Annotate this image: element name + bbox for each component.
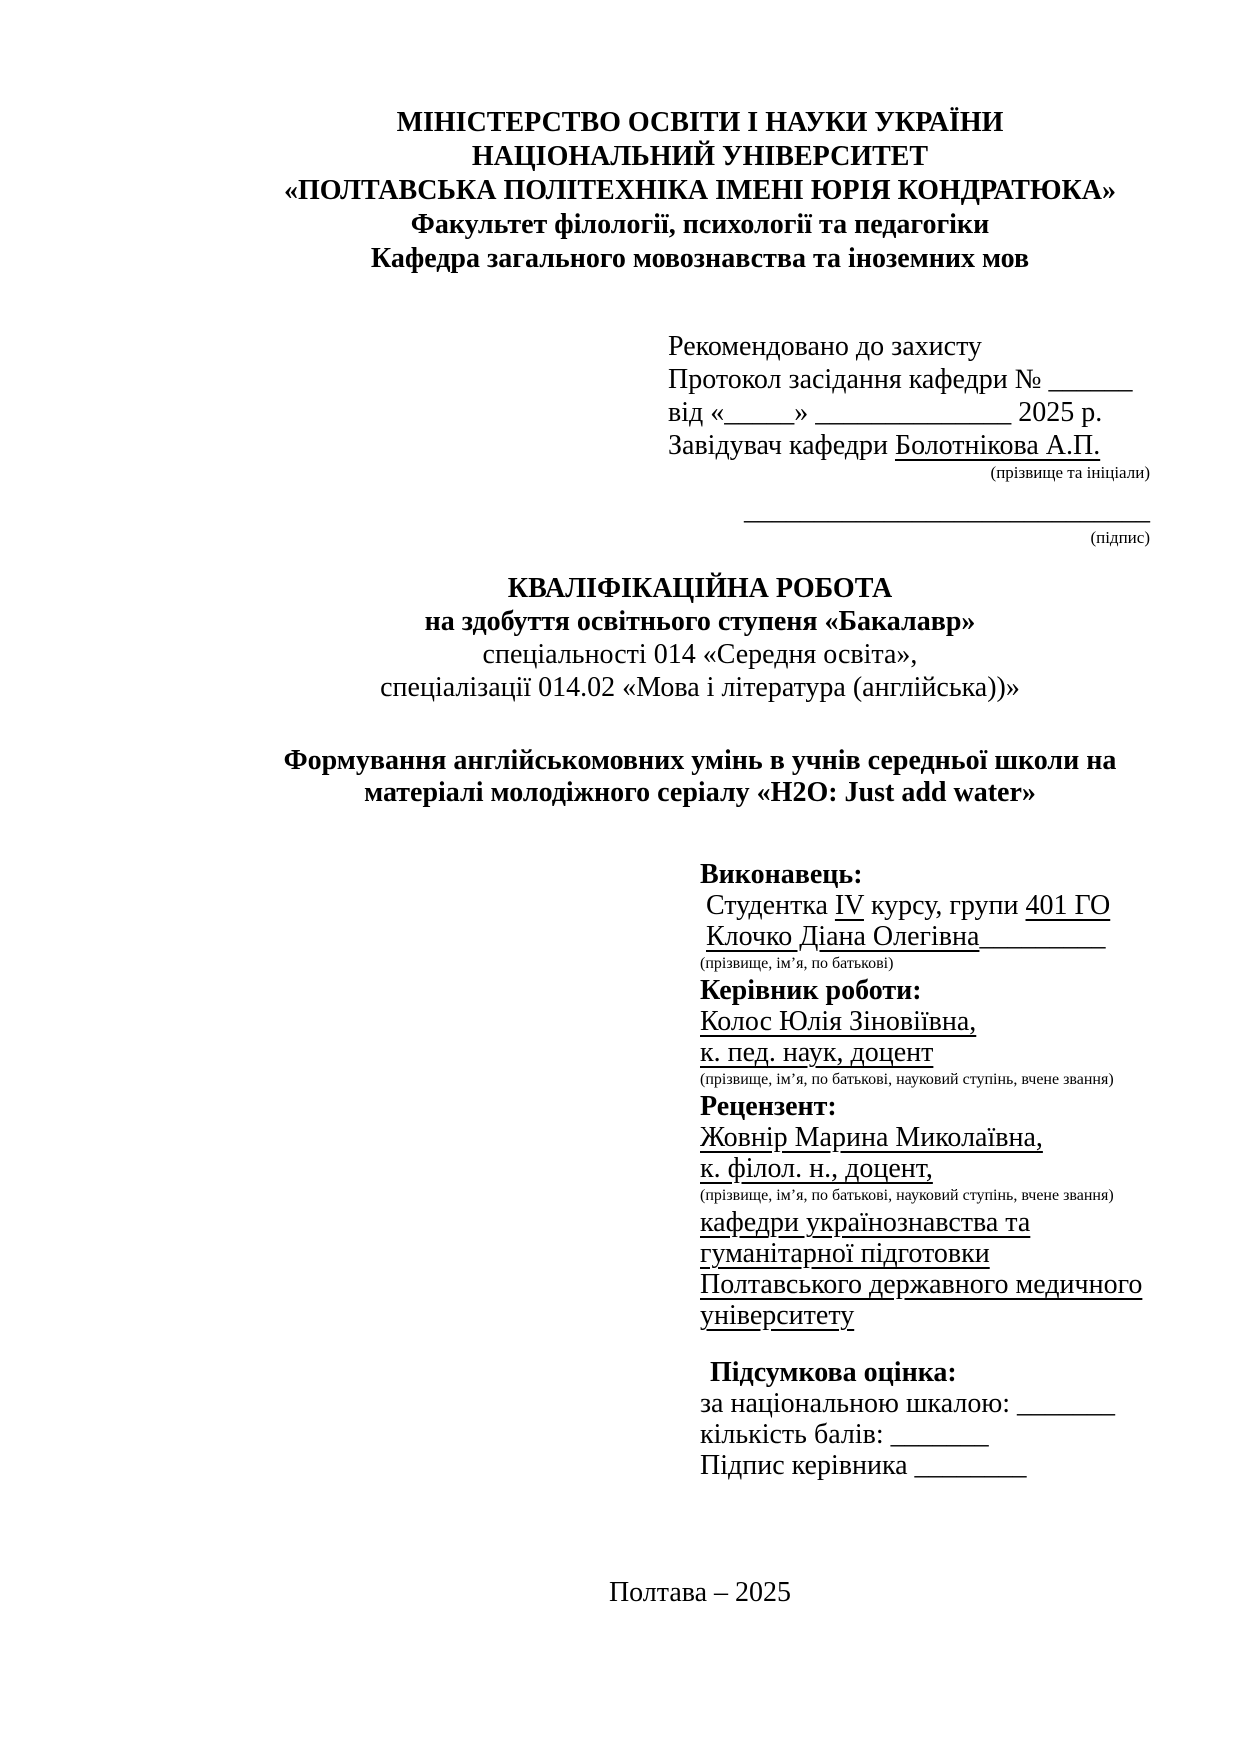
student-name-line: Клочко Діана Олегівна_________ <box>700 921 1160 952</box>
protocol-line: Протокол засідання кафедри № ______ <box>668 363 1150 396</box>
city-year: Полтава – 2025 <box>609 1577 791 1608</box>
protocol-date-line: від «_____» ______________ 2025 р. <box>668 396 1150 429</box>
student-name-hint: (прізвище, ім’я, по батькові) <box>700 952 1160 975</box>
points-line: кількість балів: _______ <box>700 1419 1160 1450</box>
reviewer-name: Жовнір Марина Миколаївна, <box>700 1122 1043 1153</box>
reviewer-affiliation-3: Полтавського державного медичного <box>700 1269 1142 1300</box>
reviewer-name-line: Жовнір Марина Миколаївна, <box>700 1122 1160 1153</box>
reviewer-affiliation-4: університету <box>700 1300 854 1331</box>
spacer <box>700 1331 1160 1357</box>
student-line: Студентка IV курсу, групи 401 ГО <box>700 890 1160 921</box>
university-name-line: «ПОЛТАВСЬКА ПОЛІТЕХНІКА ІМЕНІ ЮРІЯ КОНДР… <box>160 174 1240 208</box>
student-pre: Студентка <box>706 890 835 921</box>
thesis-title-line1: Формування англійськомовних умінь в учні… <box>160 745 1240 777</box>
recommended-line: Рекомендовано до захисту <box>668 330 1150 363</box>
supervisor-degree: к. пед. наук, доцент <box>700 1037 933 1068</box>
reviewer-affiliation-1: кафедри українознавства та <box>700 1207 1030 1238</box>
supervisor-signature-line: Підпис керівника ________ <box>700 1450 1160 1481</box>
supervisor-hint: (прізвище, ім’я, по батькові, науковий с… <box>700 1068 1160 1091</box>
thesis-title: Формування англійськомовних умінь в учні… <box>160 745 1240 809</box>
work-type-block: КВАЛІФІКАЦІЙНА РОБОТА на здобуття освітн… <box>160 572 1240 704</box>
national-scale-line: за національною шкалою: _______ <box>700 1388 1160 1419</box>
supervisor-heading: Керівник роботи: <box>700 975 1160 1006</box>
university-line: НАЦІОНАЛЬНИЙ УНІВЕРСИТЕТ <box>160 140 1240 174</box>
signature-blank-line: _____________________________ <box>668 494 1150 527</box>
approval-block: Рекомендовано до захисту Протокол засіда… <box>668 330 1150 549</box>
reviewer-affiliation-line: Полтавського державного медичного <box>700 1269 1160 1300</box>
ministry-line: МІНІСТЕРСТВО ОСВІТИ І НАУКИ УКРАЇНИ <box>160 106 1240 140</box>
reviewer-degree-line: к. філол. н., доцент, <box>700 1153 1160 1184</box>
thesis-title-line2: матеріалі молодіжного серіалу «H2O: Just… <box>160 777 1240 809</box>
reviewer-affiliation-line: кафедри українознавства та <box>700 1207 1160 1238</box>
work-specialization: спеціалізації 014.02 «Мова і література … <box>160 671 1240 704</box>
student-group: 401 ГО <box>1026 890 1111 921</box>
reviewer-hint: (прізвище, ім’я, по батькові, науковий с… <box>700 1184 1160 1207</box>
supervisor-degree-line: к. пед. наук, доцент <box>700 1037 1160 1068</box>
work-degree: на здобуття освітнього ступеня «Бакалавр… <box>160 605 1240 638</box>
student-name-blank: _________ <box>979 921 1105 952</box>
city-year-footer: Полтава – 2025 <box>160 1577 1240 1609</box>
department-head-label: Завідувач кафедри <box>668 430 895 461</box>
signature-hint: (підпис) <box>668 527 1150 549</box>
student-mid: курсу, групи <box>864 890 1026 921</box>
faculty-line: Факультет філології, психології та педаг… <box>160 208 1240 242</box>
executor-heading: Виконавець: <box>700 859 1160 890</box>
department-line: Кафедра загального мовознавства та інозе… <box>160 242 1240 276</box>
work-speciality: спеціальності 014 «Середня освіта», <box>160 638 1240 671</box>
head-name-hint: (прізвище та ініціали) <box>668 462 1150 484</box>
reviewer-affiliation-line: гуманітарної підготовки <box>700 1238 1160 1269</box>
supervisor-name-line: Колос Юлія Зіновіївна, <box>700 1006 1160 1037</box>
reviewer-degree: к. філол. н., доцент, <box>700 1153 933 1184</box>
work-kind: КВАЛІФІКАЦІЙНА РОБОТА <box>160 572 1240 605</box>
thesis-title-page: МІНІСТЕРСТВО ОСВІТИ І НАУКИ УКРАЇНИ НАЦІ… <box>0 0 1240 1754</box>
department-head-line: Завідувач кафедри Болотнікова А.П. <box>668 429 1150 462</box>
people-block: Виконавець: Студентка IV курсу, групи 40… <box>700 859 1160 1481</box>
university-header: МІНІСТЕРСТВО ОСВІТИ І НАУКИ УКРАЇНИ НАЦІ… <box>160 106 1240 276</box>
reviewer-affiliation-line: університету <box>700 1300 1160 1331</box>
supervisor-name: Колос Юлія Зіновіївна, <box>700 1006 976 1037</box>
reviewer-affiliation-2: гуманітарної підготовки <box>700 1238 990 1269</box>
final-grade-heading: Підсумкова оцінка: <box>700 1357 1160 1388</box>
student-course: IV <box>835 890 864 921</box>
department-head-name: Болотнікова А.П. <box>895 430 1100 461</box>
student-name: Клочко Діана Олегівна <box>706 921 979 952</box>
reviewer-heading: Рецензент: <box>700 1091 1160 1122</box>
